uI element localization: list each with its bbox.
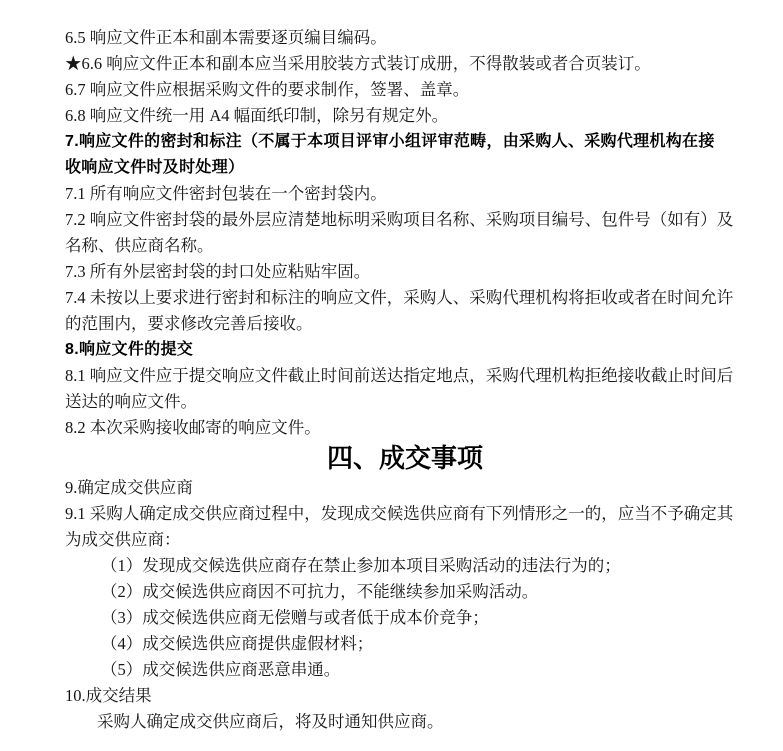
section-9-heading: 9.确定成交供应商 — [65, 475, 745, 501]
list-item-4: （4）成交候选供应商提供虚假材料； — [65, 631, 745, 657]
section-10-heading: 10.成交结果 — [65, 683, 745, 709]
document-page: 6.5 响应文件正本和副本需要逐页编目编码。 ★6.6 响应文件正本和副本应当采… — [0, 0, 783, 751]
section-7-heading-line-1: 7.响应文件的密封和标注（不属于本项目评审小组评审范畴，由采购人、采购代理机构在… — [65, 129, 745, 155]
clause-7-4-line-1: 7.4 未按以上要求进行密封和标注的响应文件，采购人、采购代理机构将拒收或者在时… — [65, 285, 745, 311]
clause-9-1-line-1: 9.1 采购人确定成交供应商过程中，发现成交候选供应商有下列情形之一的，应当不予… — [65, 501, 745, 527]
clause-6-6-starred: ★6.6 响应文件正本和副本应当采用胶装方式装订成册，不得散装或者合页装订。 — [65, 51, 745, 77]
clause-7-2-line-1: 7.2 响应文件密封袋的最外层应清楚地标明采购项目名称、采购项目编号、包件号（如… — [65, 207, 745, 233]
list-item-1: （1）发现成交候选供应商存在禁止参加本项目采购活动的违法行为的； — [65, 553, 745, 579]
clause-8-2: 8.2 本次采购接收邮寄的响应文件。 — [65, 415, 745, 441]
clause-10-body: 采购人确定成交供应商后，将及时通知供应商。 — [65, 709, 745, 735]
clause-7-3: 7.3 所有外层密封袋的封口处应粘贴牢固。 — [65, 259, 745, 285]
clause-7-2-line-2: 名称、供应商名称。 — [65, 233, 745, 259]
list-item-5: （5）成交候选供应商恶意串通。 — [65, 657, 745, 683]
clause-6-7: 6.7 响应文件应根据采购文件的要求制作，签署、盖章。 — [65, 77, 745, 103]
clause-9-1-line-2: 为成交供应商： — [65, 527, 745, 553]
section-8-heading: 8.响应文件的提交 — [65, 337, 745, 363]
list-item-2: （2）成交候选供应商因不可抗力，不能继续参加采购活动。 — [65, 579, 745, 605]
clause-7-4-line-2: 的范围内，要求修改完善后接收。 — [65, 311, 745, 337]
clause-6-5: 6.5 响应文件正本和副本需要逐页编目编码。 — [65, 25, 745, 51]
clause-7-1: 7.1 所有响应文件密封包装在一个密封袋内。 — [65, 181, 745, 207]
clause-8-1-line-2: 送达的响应文件。 — [65, 389, 745, 415]
chapter-heading: 四、成交事项 — [65, 441, 745, 475]
clause-6-8: 6.8 响应文件统一用 A4 幅面纸印制，除另有规定外。 — [65, 103, 745, 129]
section-7-heading-line-2: 收响应文件时及时处理） — [65, 155, 745, 181]
clause-8-1-line-1: 8.1 响应文件应于提交响应文件截止时间前送达指定地点，采购代理机构拒绝接收截止… — [65, 363, 745, 389]
list-item-3: （3）成交候选供应商无偿赠与或者低于成本价竞争； — [65, 605, 745, 631]
